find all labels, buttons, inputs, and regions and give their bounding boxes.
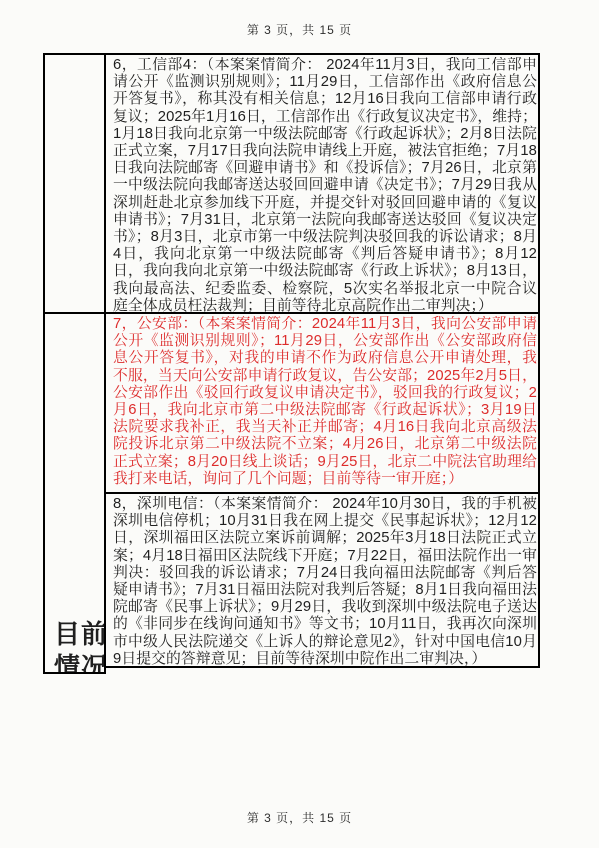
- case-row-gonganbu: 7，公安部：（本案案情简介：2024年11月3日，我向公安部申请公开《监测识别规…: [113, 316, 537, 491]
- case-row-shenzhen-dianxin: 8，深圳电信：（本案案情简介： 2024年10月30日，我的手机被深圳电信停机；…: [113, 496, 537, 666]
- document-page: { "page": { "header_text": "第 3 页，共 15 页…: [0, 0, 599, 848]
- table-border-right: [538, 53, 540, 668]
- case-table: 目前情况 6，工信部4：（本案案情简介： 2024年11月3日，我向工信部申请公…: [43, 53, 540, 675]
- row-header-cell: 目前情况: [45, 314, 104, 672]
- table-row-divider: [104, 492, 540, 494]
- table-column-divider: [104, 53, 106, 674]
- page-number-header: 第 3 页，共 15 页: [0, 21, 599, 38]
- table-border-bottom-left: [43, 672, 106, 674]
- row-header-label: 目前情况: [54, 618, 104, 672]
- table-row-divider: [43, 312, 540, 314]
- page-number-footer: 第 3 页，共 15 页: [0, 809, 599, 826]
- case-row-gongxinbu: 6，工信部4：（本案案情简介： 2024年11月3日，我向工信部申请公开《监测识…: [113, 57, 537, 312]
- table-border-top: [43, 53, 540, 55]
- table-border-bottom: [104, 666, 540, 668]
